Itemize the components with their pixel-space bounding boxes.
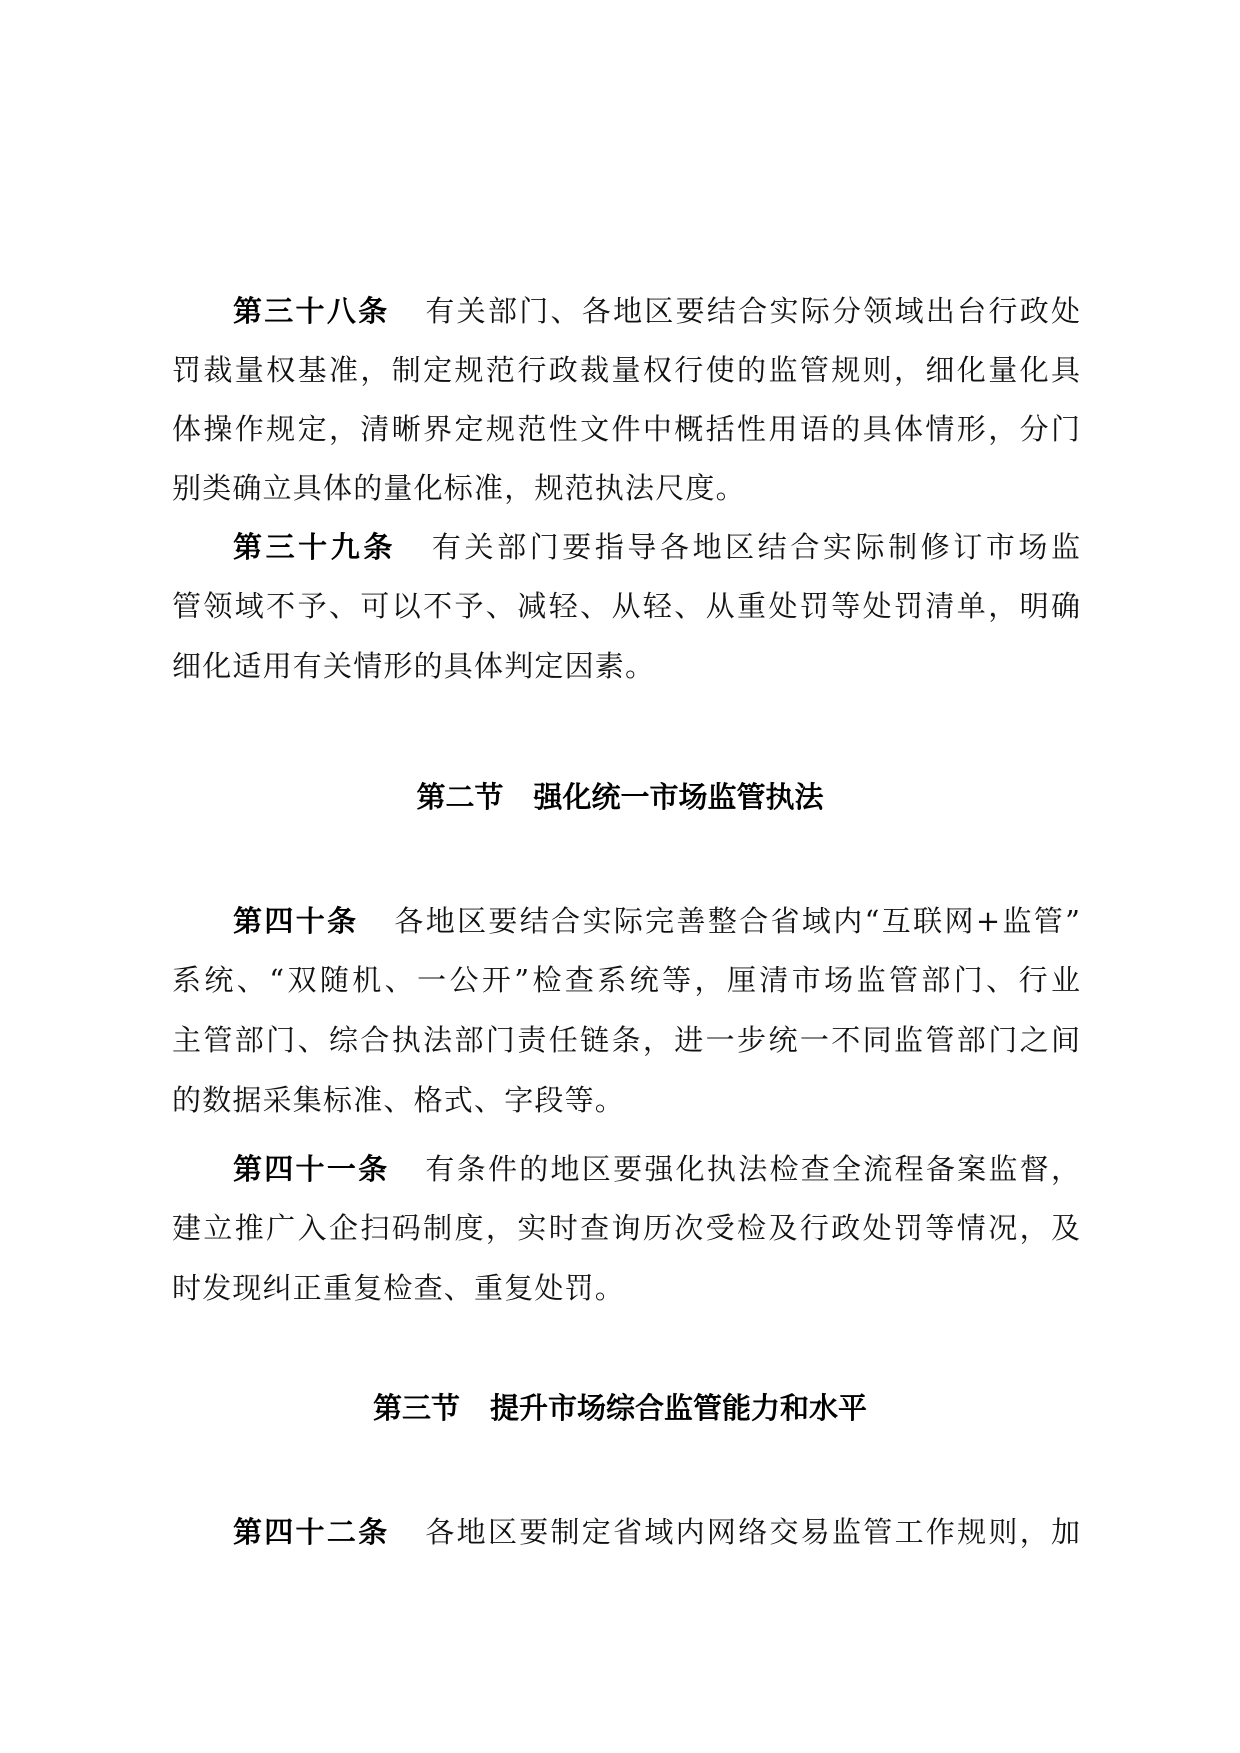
article-line: 第四十条各地区要结合实际完善整合省域内“互联网+监管” (233, 901, 1080, 941)
article-line: 时发现纠正重复检查、重复处罚。 (172, 1268, 1080, 1308)
section-number: 第二节 (416, 780, 503, 814)
article-line: 的数据采集标准、格式、字段等。 (172, 1080, 1080, 1120)
article-line: 别类确立具体的量化标准，规范执法尺度。 (172, 468, 1080, 508)
section-title: 强化统一市场监管执法 (534, 780, 824, 814)
article-line: 第三十八条有关部门、各地区要结合实际分领域出台行政处 (233, 291, 1080, 331)
section-number: 第三节 (373, 1391, 460, 1425)
article-line: 第四十一条有条件的地区要强化执法检查全流程备案监督， (233, 1149, 1080, 1189)
article-label: 第三十九条 (233, 530, 396, 564)
article-line: 系统、“双随机、一公开”检查系统等，厘清市场监管部门、行业 (172, 960, 1080, 1000)
article-line: 管领域不予、可以不予、减轻、从轻、从重处罚等处罚清单，明确 (172, 586, 1080, 626)
section-heading: 第三节提升市场综合监管能力和水平 (0, 1386, 1240, 1430)
article-line: 体操作规定，清晰界定规范性文件中概括性用语的具体情形，分门 (172, 409, 1080, 449)
document-page: 第三十八条有关部门、各地区要结合实际分领域出台行政处 罚裁量权基准，制定规范行政… (0, 0, 1240, 1753)
article-line: 主管部门、综合执法部门责任链条，进一步统一不同监管部门之间 (172, 1020, 1080, 1060)
article-label: 第三十八条 (233, 294, 389, 328)
article-label: 第四十条 (233, 904, 358, 938)
article-line: 细化适用有关情形的具体判定因素。 (172, 646, 1080, 686)
section-heading: 第二节强化统一市场监管执法 (0, 775, 1240, 819)
section-title: 提升市场综合监管能力和水平 (490, 1391, 867, 1425)
article-line: 第三十九条有关部门要指导各地区结合实际制修订市场监 (233, 527, 1080, 567)
article-line: 建立推广入企扫码制度，实时查询历次受检及行政处罚等情况，及 (172, 1208, 1080, 1248)
article-line: 罚裁量权基准，制定规范行政裁量权行使的监管规则，细化量化具 (172, 350, 1080, 390)
article-label: 第四十二条 (233, 1515, 389, 1549)
article-line: 第四十二条各地区要制定省域内网络交易监管工作规则，加 (233, 1512, 1080, 1552)
article-label: 第四十一条 (233, 1152, 389, 1186)
